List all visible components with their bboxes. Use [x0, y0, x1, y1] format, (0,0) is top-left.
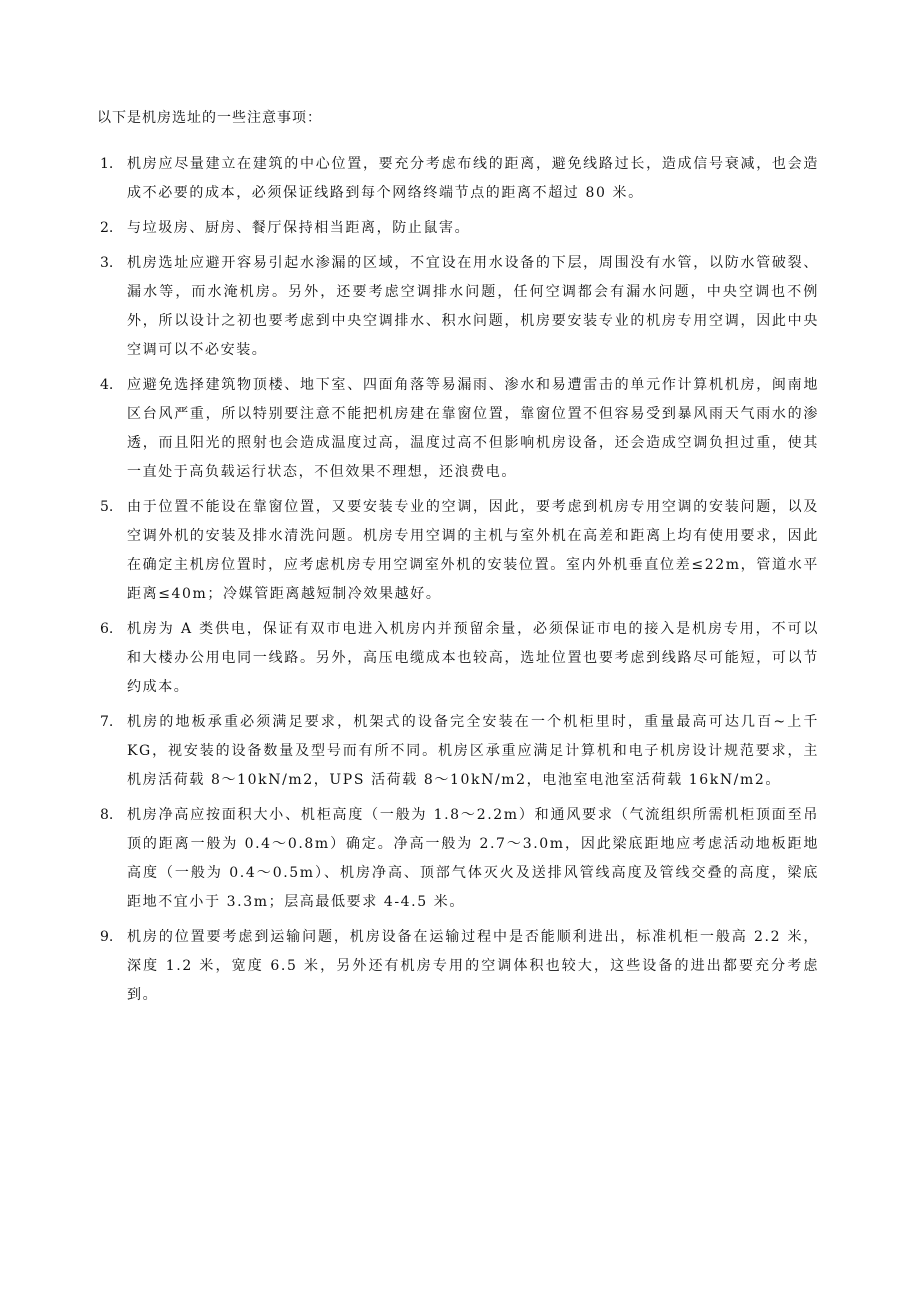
item-number: 9.: [100, 923, 113, 952]
item-text: 机房应尽量建立在建筑的中心位置，要充分考虑布线的距离，避免线路过长，造成信号衰减…: [127, 150, 819, 208]
list-item: 8. 机房净高应按面积大小、机柜高度（一般为 1.8～2.2m）和通风要求（气流…: [97, 801, 827, 917]
item-text: 机房的位置要考虑到运输问题，机房设备在运输过程中是否能顺利进出，标准机柜一般高 …: [127, 923, 819, 1010]
item-number: 2.: [100, 214, 113, 243]
item-number: 8.: [100, 801, 113, 830]
document-page: 以下是机房选址的一些注意事项： 1. 机房应尽量建立在建筑的中心位置，要充分考虑…: [0, 0, 920, 1302]
item-text: 机房为 A 类供电，保证有双市电进入机房内并预留余量，必须保证市电的接入是机房专…: [127, 615, 819, 702]
list-item: 4. 应避免选择建筑物顶楼、地下室、四面角落等易漏雨、渗水和易遭雷击的单元作计算…: [97, 371, 827, 487]
list-item: 2. 与垃圾房、厨房、餐厅保持相当距离，防止鼠害。: [97, 214, 827, 243]
list-item: 6. 机房为 A 类供电，保证有双市电进入机房内并预留余量，必须保证市电的接入是…: [97, 615, 827, 702]
list-item: 7. 机房的地板承重必须满足要求，机架式的设备完全安装在一个机柜里时，重量最高可…: [97, 708, 827, 795]
item-number: 6.: [100, 615, 113, 644]
list-item: 3. 机房选址应避开容易引起水渗漏的区域，不宜设在用水设备的下层，周围没有水管，…: [97, 249, 827, 365]
item-text: 由于位置不能设在靠窗位置，又要安装专业的空调，因此，要考虑到机房专用空调的安装问…: [127, 493, 819, 609]
site-selection-notes-list: 1. 机房应尽量建立在建筑的中心位置，要充分考虑布线的距离，避免线路过长，造成信…: [97, 150, 827, 1016]
item-number: 5.: [100, 493, 113, 522]
item-number: 1.: [100, 150, 113, 179]
item-number: 3.: [100, 249, 113, 278]
item-text: 应避免选择建筑物顶楼、地下室、四面角落等易漏雨、渗水和易遭雷击的单元作计算机机房…: [127, 371, 819, 487]
item-number: 4.: [100, 371, 113, 400]
list-item: 1. 机房应尽量建立在建筑的中心位置，要充分考虑布线的距离，避免线路过长，造成信…: [97, 150, 827, 208]
intro-heading: 以下是机房选址的一些注意事项：: [97, 104, 322, 132]
item-number: 7.: [100, 708, 113, 737]
list-item: 5. 由于位置不能设在靠窗位置，又要安装专业的空调，因此，要考虑到机房专用空调的…: [97, 493, 827, 609]
item-text: 机房净高应按面积大小、机柜高度（一般为 1.8～2.2m）和通风要求（气流组织所…: [127, 801, 819, 917]
item-text: 与垃圾房、厨房、餐厅保持相当距离，防止鼠害。: [127, 214, 819, 243]
item-text: 机房的地板承重必须满足要求，机架式的设备完全安装在一个机柜里时，重量最高可达几百…: [127, 708, 819, 795]
list-item: 9. 机房的位置要考虑到运输问题，机房设备在运输过程中是否能顺利进出，标准机柜一…: [97, 923, 827, 1010]
item-text: 机房选址应避开容易引起水渗漏的区域，不宜设在用水设备的下层，周围没有水管，以防水…: [127, 249, 819, 365]
